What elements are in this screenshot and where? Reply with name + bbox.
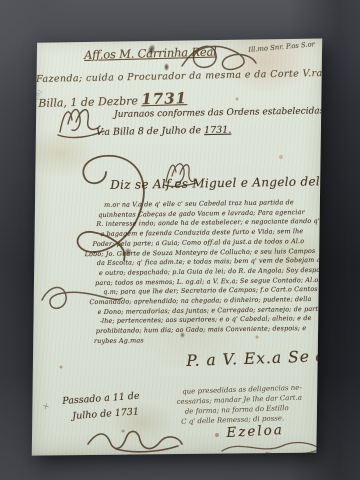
paper-specks	[30, 36, 32, 38]
cross-mark: +	[41, 401, 51, 413]
petition-text-block: que presedidas as deligencias ne- cessar…	[176, 382, 329, 427]
photo-background: 1.691 Aff.os M. Carrinha Real Ill.mo Snr…	[0, 0, 360, 480]
signature-swash-icon	[220, 439, 324, 457]
header-line2: Fazenda; cuida o Procurador da mesma e d…	[36, 68, 323, 85]
body-text-line: ruybes Ag.mas	[94, 334, 326, 347]
registration-line-2-prefix: V.a Billa 8 de Julho de	[96, 125, 201, 138]
footer-rubric-icon	[86, 426, 186, 454]
ink-blot	[164, 63, 169, 71]
registration-line-1: Juranaos conformes das Ordens estabeleci…	[114, 106, 324, 120]
registration-line-2: V.a Billa 8 de Julho de 1731.	[96, 125, 231, 138]
manuscript-paper: 1.691 Aff.os M. Carrinha Real Ill.mo Snr…	[30, 36, 324, 456]
manuscript-paper-wrap: 1.691 Aff.os M. Carrinha Real Ill.mo Snr…	[30, 36, 324, 456]
petition-opening: P. a V. Ex.a Se di	[186, 347, 333, 370]
header-addressee-right: Ill.mo Snr. P.os S.or	[248, 40, 315, 54]
footer-dispatch-line-1: Passado a 11 de	[62, 391, 140, 407]
footer-dispatch-line-2: Julho de 1731	[72, 406, 139, 422]
margin-flourish-icon	[40, 282, 124, 316]
body-text-block: m.or na V.a de q' elle c' seu Cabedal tr…	[96, 198, 326, 347]
header-date-year: 1731	[141, 89, 187, 108]
body-opening-line: Diz se Alf.es Miguel e Angelo del Suri	[110, 174, 351, 192]
registration-year: 1731.	[204, 125, 231, 136]
